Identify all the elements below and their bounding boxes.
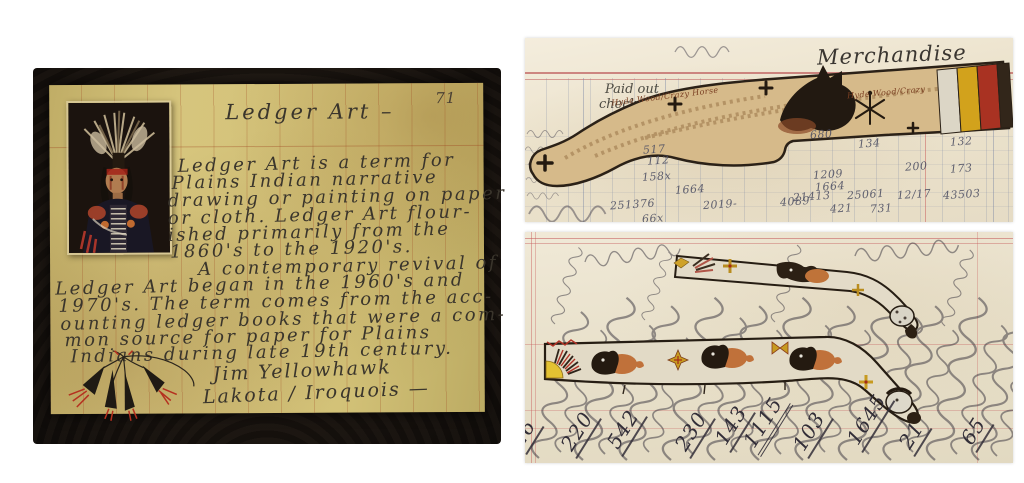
ledger-number: 112 bbox=[647, 153, 670, 168]
ledger-number: 134 bbox=[858, 136, 881, 151]
ledger-club-photo: Merchandise Paid out check Hyde Wood bbox=[525, 38, 1013, 222]
ledger-number: 173 bbox=[950, 161, 973, 176]
ledger-number: 12/17 bbox=[897, 187, 932, 202]
dancer-illustration bbox=[68, 103, 170, 254]
ledger-number: 2019- bbox=[703, 197, 738, 212]
ledger-number: 132 bbox=[950, 134, 973, 149]
ledger-number: 680 bbox=[810, 127, 833, 142]
page-number: 71 bbox=[435, 89, 456, 107]
page-title: Ledger Art – bbox=[225, 99, 394, 124]
ledger-number: 25061 bbox=[847, 187, 885, 203]
horse-club-drawing bbox=[525, 38, 1013, 222]
ledger-number: 21413 bbox=[793, 189, 831, 205]
ledger-quirts-photo: 26 220 542 230 143 1115 103 1645 21 65 bbox=[525, 232, 1013, 463]
dancer-photo bbox=[66, 100, 172, 255]
ledger-description-page: 71 bbox=[49, 83, 485, 414]
ledger-number: 43503 bbox=[943, 187, 981, 203]
feather-drawing bbox=[57, 348, 207, 427]
left-framed-page: 71 bbox=[33, 68, 501, 444]
ledger-number: 1664 bbox=[675, 182, 706, 197]
ledger-number: 66x bbox=[642, 211, 665, 222]
ledger-number: 421 bbox=[830, 201, 853, 216]
ledger-art-collage: 71 bbox=[0, 0, 1024, 483]
ledger-number: 200 bbox=[905, 159, 928, 174]
ledger-number: 158x bbox=[642, 169, 672, 184]
ledger-number: 731 bbox=[870, 201, 893, 216]
